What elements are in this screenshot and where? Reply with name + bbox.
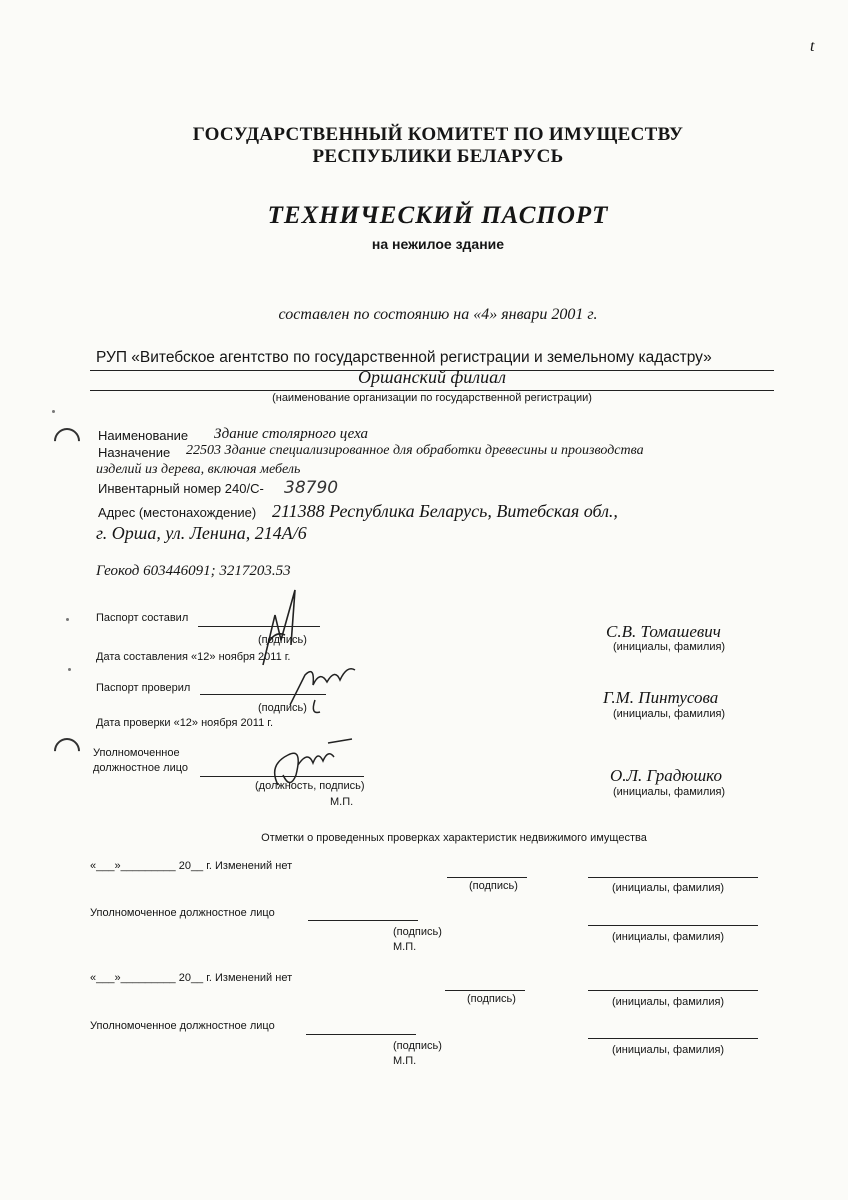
check-official-initials-line [588, 925, 758, 926]
checked-initials-caption: (инициалы, фамилия) [613, 708, 725, 720]
checked-signature-caption: (подпись) [258, 702, 307, 714]
scan-speck [66, 618, 69, 621]
check-initials-line [588, 990, 758, 991]
check-initials-caption: (инициалы, фамилия) [612, 996, 724, 1008]
official-label-line-2: должностное лицо [93, 762, 188, 774]
organization-branch: Оршанский филиал [90, 367, 774, 388]
punch-hole-mark [49, 423, 86, 460]
official-caption: (должность, подпись) [255, 780, 365, 792]
address-value-line-2: г. Орша, ул. Ленина, 214А/6 [96, 523, 307, 544]
purpose-value-line-2: изделий из дерева, включая мебель [96, 462, 300, 478]
check-stamp-label: М.П. [393, 941, 416, 953]
official-initials-caption: (инициалы, фамилия) [613, 786, 725, 798]
official-stamp-label: М.П. [330, 796, 353, 808]
document-subtitle: на нежилое здание [0, 236, 848, 252]
name-label: Наименование [98, 428, 188, 443]
compiled-initials-caption: (инициалы, фамилия) [613, 641, 725, 653]
punch-hole-mark [49, 733, 86, 770]
check-official-signature-line[interactable] [306, 1034, 416, 1035]
organization-caption: (наименование организации по государстве… [90, 392, 774, 404]
purpose-value-line-1: 22503 Здание специализированное для обра… [186, 443, 644, 459]
organization-name: РУП «Витебское агентство по государствен… [96, 349, 712, 367]
check-official-signature-line[interactable] [308, 920, 418, 921]
check-initials-caption: (инициалы, фамилия) [612, 882, 724, 894]
official-name: О.Л. Градюшко [610, 766, 722, 786]
checked-date: Дата проверки «12» ноября 2011 г. [96, 717, 273, 729]
geocode: Геокод 603446091; 3217203.53 [96, 563, 291, 580]
address-value-line-1: 211388 Республика Беларусь, Витебская об… [272, 501, 618, 522]
compiled-date: Дата составления «12» ноября 2011 г. [96, 651, 290, 663]
branch-underline [90, 390, 774, 391]
check-official-label: Уполномоченное должностное лицо [90, 1020, 275, 1032]
scan-speck [68, 668, 71, 671]
inventory-value: 38790 [284, 478, 338, 498]
check-official-signature-caption: (подпись) [393, 926, 442, 938]
official-label-line-1: Уполномоченное [93, 747, 180, 759]
check-stamp-label: М.П. [393, 1055, 416, 1067]
purpose-label: Назначение [98, 445, 170, 460]
state-date: составлен по состоянию на «4» январи 200… [0, 306, 848, 324]
check-initials-line [588, 877, 758, 878]
check-signature-caption: (подпись) [467, 993, 516, 1005]
checked-label: Паспорт проверил [96, 682, 190, 694]
document-title: ТЕХНИЧЕСКИЙ ПАСПОРТ [0, 202, 848, 230]
checks-title: Отметки о проведенных проверках характер… [0, 832, 848, 844]
compiled-label: Паспорт составил [96, 612, 188, 624]
check-official-initials-line [588, 1038, 758, 1039]
page-mark: t [810, 38, 814, 56]
check-official-label: Уполномоченное должностное лицо [90, 907, 275, 919]
check-signature-line [445, 990, 525, 991]
check-official-initials-caption: (инициалы, фамилия) [612, 931, 724, 943]
inventory-label: Инвентарный номер 240/С- [98, 481, 264, 496]
scan-speck [52, 410, 55, 413]
compiled-by: С.В. Томашевич [606, 622, 721, 642]
committee-line-2: РЕСПУБЛИКИ БЕЛАРУСЬ [0, 146, 848, 168]
check-date-field[interactable]: «___»_________ 20__ г. Изменений нет [90, 972, 292, 984]
address-label: Адрес (местонахождение) [98, 505, 256, 520]
check-date-field[interactable]: «___»_________ 20__ г. Изменений нет [90, 860, 292, 872]
check-official-initials-caption: (инициалы, фамилия) [612, 1044, 724, 1056]
name-value: Здание столярного цеха [214, 426, 368, 443]
committee-line-1: ГОСУДАРСТВЕННЫЙ КОМИТЕТ ПО ИМУЩЕСТВУ [0, 124, 848, 146]
check-signature-caption: (подпись) [469, 880, 518, 892]
check-official-signature-caption: (подпись) [393, 1040, 442, 1052]
checked-by: Г.М. Пинтусова [603, 688, 718, 708]
check-signature-line [447, 877, 527, 878]
compiled-signature-caption: (подпись) [258, 634, 307, 646]
